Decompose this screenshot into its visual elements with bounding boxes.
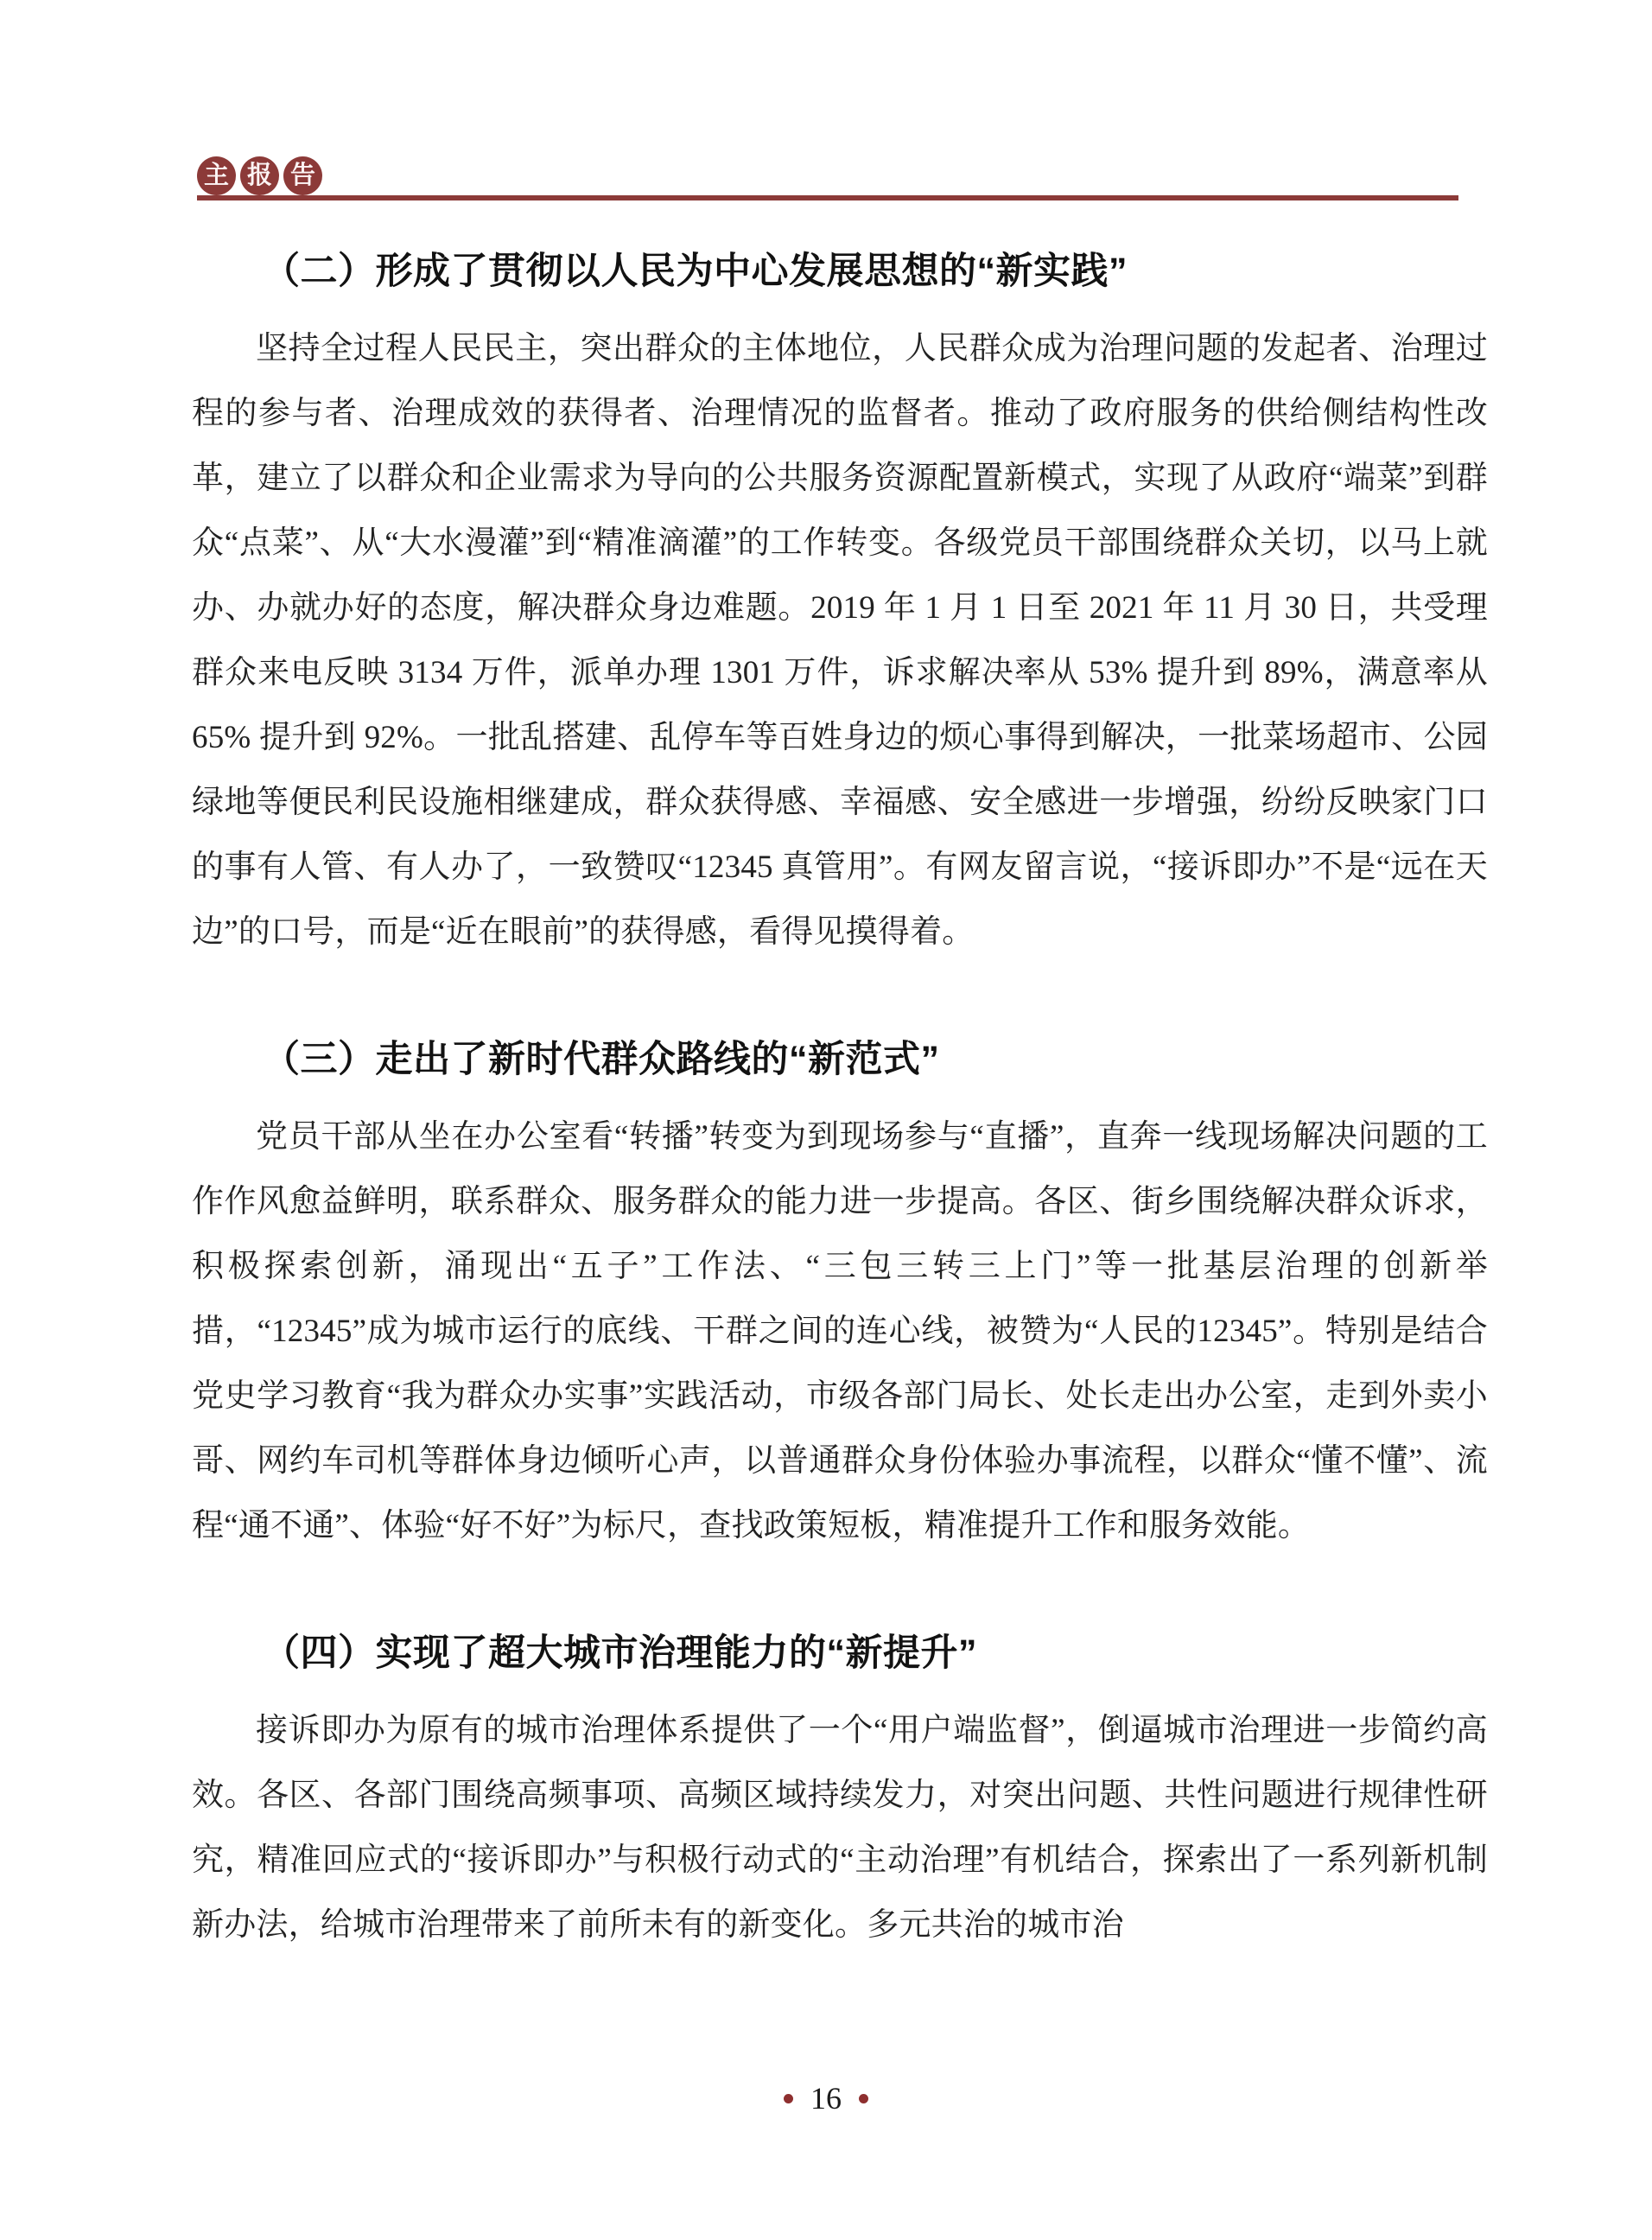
footer-dot-left-icon (784, 2094, 793, 2103)
section-3: （三）走出了新时代群众路线的“新范式” 党员干部从坐在办公室看“转播”转变为到现… (192, 1037, 1488, 1558)
section-2: （二）形成了贯彻以人民为中心发展思想的“新实践” 坚持全过程人民民主，突出群众的… (192, 249, 1488, 964)
badge-char-circle: 主 (197, 156, 236, 195)
section-paragraph: 接诉即办为原有的城市治理体系提供了一个“用户端监督”，倒逼城市治理进一步简约高效… (192, 1698, 1488, 1957)
page-footer: 16 (0, 2083, 1652, 2114)
section-4: （四）实现了超大城市治理能力的“新提升” 接诉即办为原有的城市治理体系提供了一个… (192, 1631, 1488, 1957)
badge-char-circle: 告 (283, 156, 322, 195)
page-content: （二）形成了贯彻以人民为中心发展思想的“新实践” 坚持全过程人民民主，突出群众的… (192, 249, 1488, 1957)
section-heading: （四）实现了超大城市治理能力的“新提升” (192, 1631, 1488, 1676)
section-paragraph: 坚持全过程人民民主，突出群众的主体地位，人民群众成为治理问题的发起者、治理过程的… (192, 316, 1488, 964)
section-heading: （二）形成了贯彻以人民为中心发展思想的“新实践” (192, 249, 1488, 294)
section-paragraph: 党员干部从坐在办公室看“转播”转变为到现场参与“直播”，直奔一线现场解决问题的工… (192, 1104, 1488, 1558)
report-header-badge: 主 报 告 (197, 156, 322, 195)
document-page: 主 报 告 （二）形成了贯彻以人民为中心发展思想的“新实践” 坚持全过程人民民主… (0, 0, 1652, 2240)
footer-dot-right-icon (859, 2094, 868, 2103)
header-rule (197, 195, 1458, 200)
page-number: 16 (810, 2083, 842, 2114)
badge-char-circle: 报 (240, 156, 279, 195)
section-heading: （三）走出了新时代群众路线的“新范式” (192, 1037, 1488, 1082)
